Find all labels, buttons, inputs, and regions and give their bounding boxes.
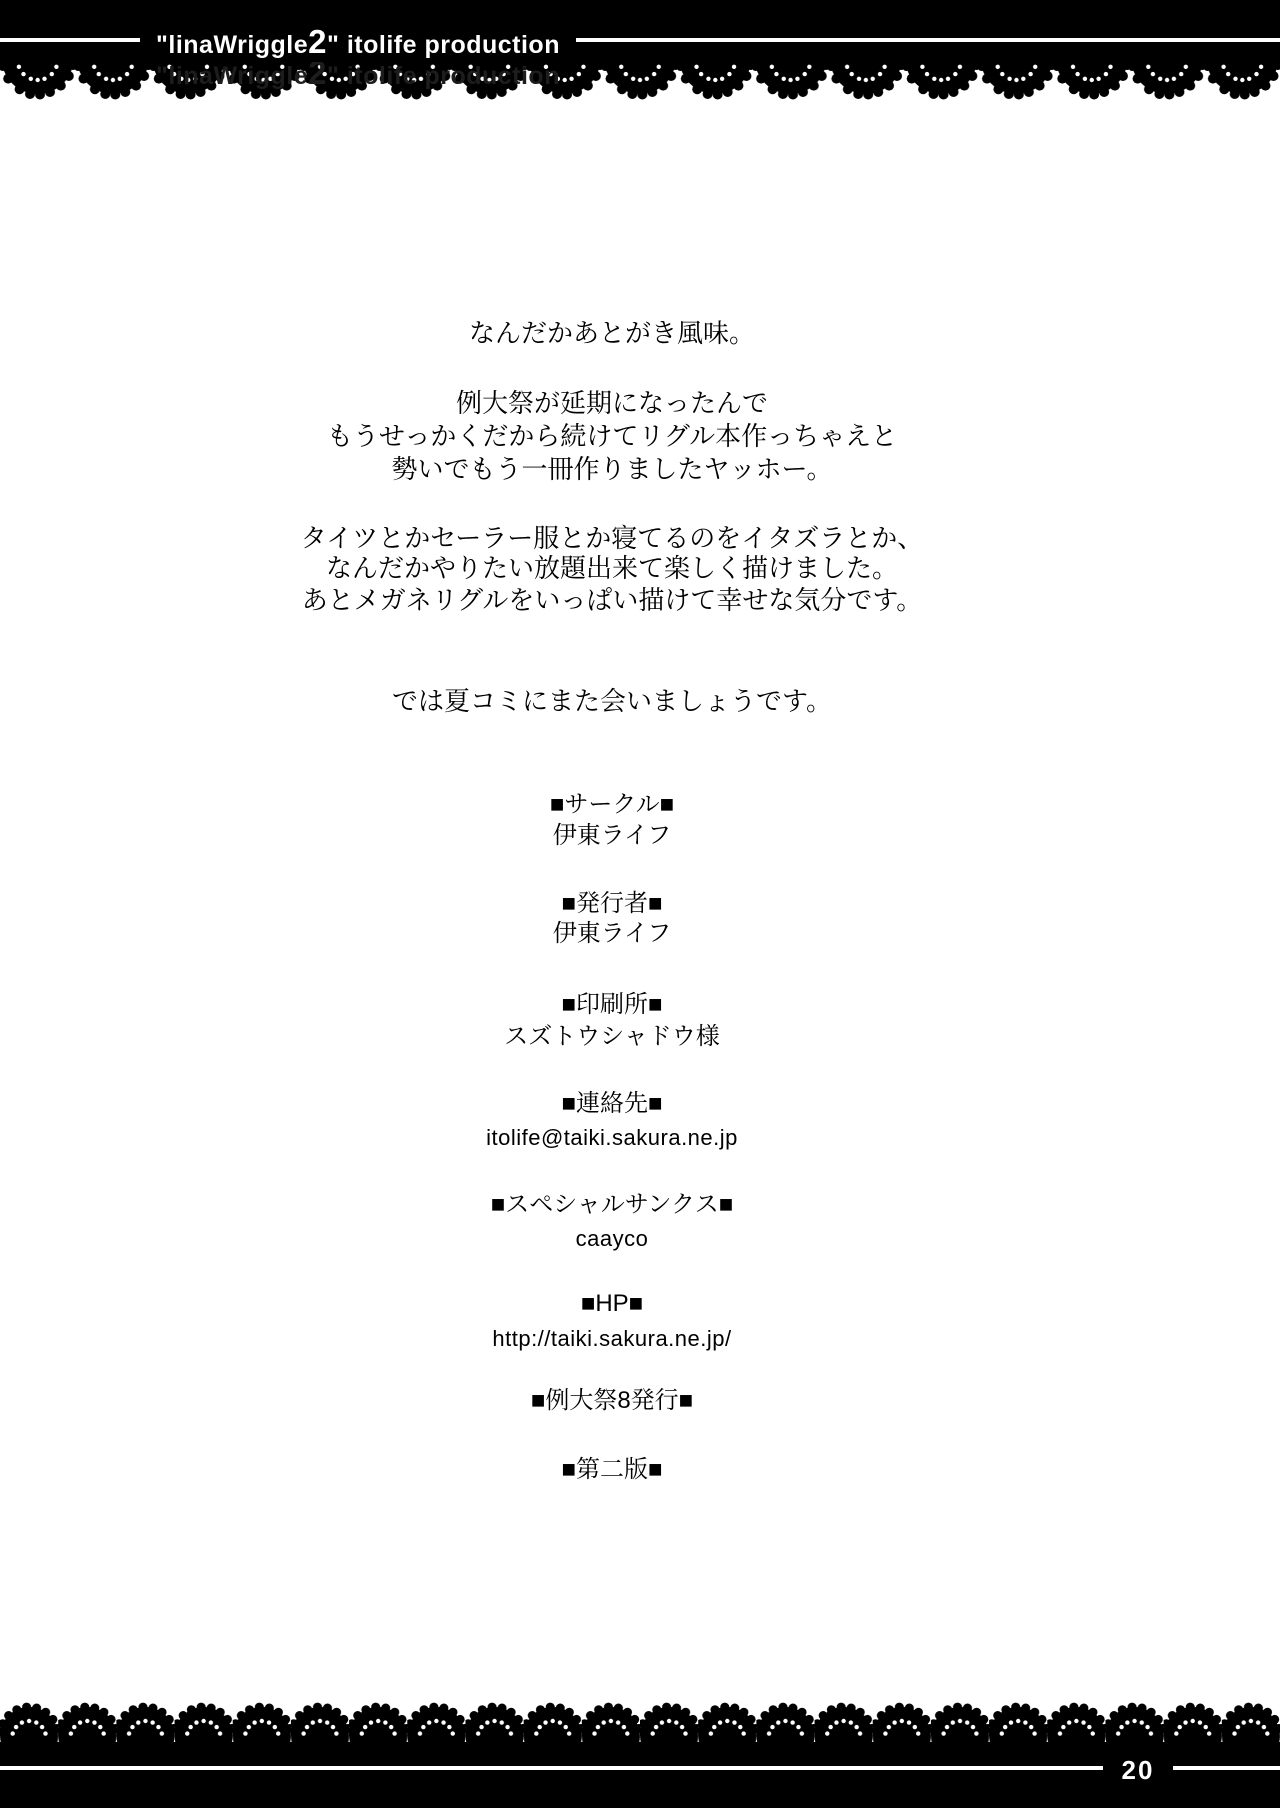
note-reitaisai8: ■例大祭8発行■ [0,1386,1224,1416]
header-title: "linaWriggle2" itolife production [0,25,716,62]
credit-value-special-thanks: caayco [0,1224,1224,1254]
header-title-number: 2 [308,23,327,60]
credit-label-publisher: ■発行者■ [0,889,1224,919]
credit-label-hp: ■HP■ [0,1289,1224,1319]
credit-value-circle: 伊東ライフ [0,821,1224,851]
afterword-line: もうせっかくだから続けてリグル本作っちゃえと [0,420,1224,452]
header-title-post: " itolife production [327,31,560,59]
credit-label-circle: ■サークル■ [0,790,1224,820]
credit-label-contact: ■連絡先■ [0,1089,1224,1119]
credit-value-printer: スズトウシャドウ様 [0,1022,1224,1052]
page-number: 20 [1103,1756,1173,1784]
afterword-line: タイツとかセーラー服とか寝てるのをイタズラとか、 [0,522,1224,554]
header-title-pre: "linaWriggle [156,31,308,59]
afterword-line: あとメガネリグルをいっぱい描けて幸せな気分です。 [0,584,1224,616]
afterword-closing: では夏コミにまた会いましょうです。 [0,685,1224,717]
afterword-line: 勢いでもう一冊作りましたヤッホー。 [0,453,1224,485]
afterword-intro: なんだかあとがき風味。 [0,317,1224,349]
header-title-text: "linaWriggle2" itolife production [140,25,576,62]
credit-value-publisher: 伊東ライフ [0,919,1224,949]
afterword-line: 例大祭が延期になったんで [0,387,1224,419]
credit-label-special-thanks: ■スペシャルサンクス■ [0,1190,1224,1220]
credit-label-printer: ■印刷所■ [0,990,1224,1020]
note-second-print: ■第二版■ [0,1455,1224,1485]
afterword-content: なんだかあとがき風味。 例大祭が延期になったんで もうせっかくだから続けてリグル… [0,0,1224,1808]
credit-value-hp-url: http://taiki.sakura.ne.jp/ [0,1324,1224,1354]
credit-value-contact-email: itolife@taiki.sakura.ne.jp [0,1123,1224,1153]
afterword-line: なんだかやりたい放題出来て楽しく描けました。 [0,552,1224,584]
